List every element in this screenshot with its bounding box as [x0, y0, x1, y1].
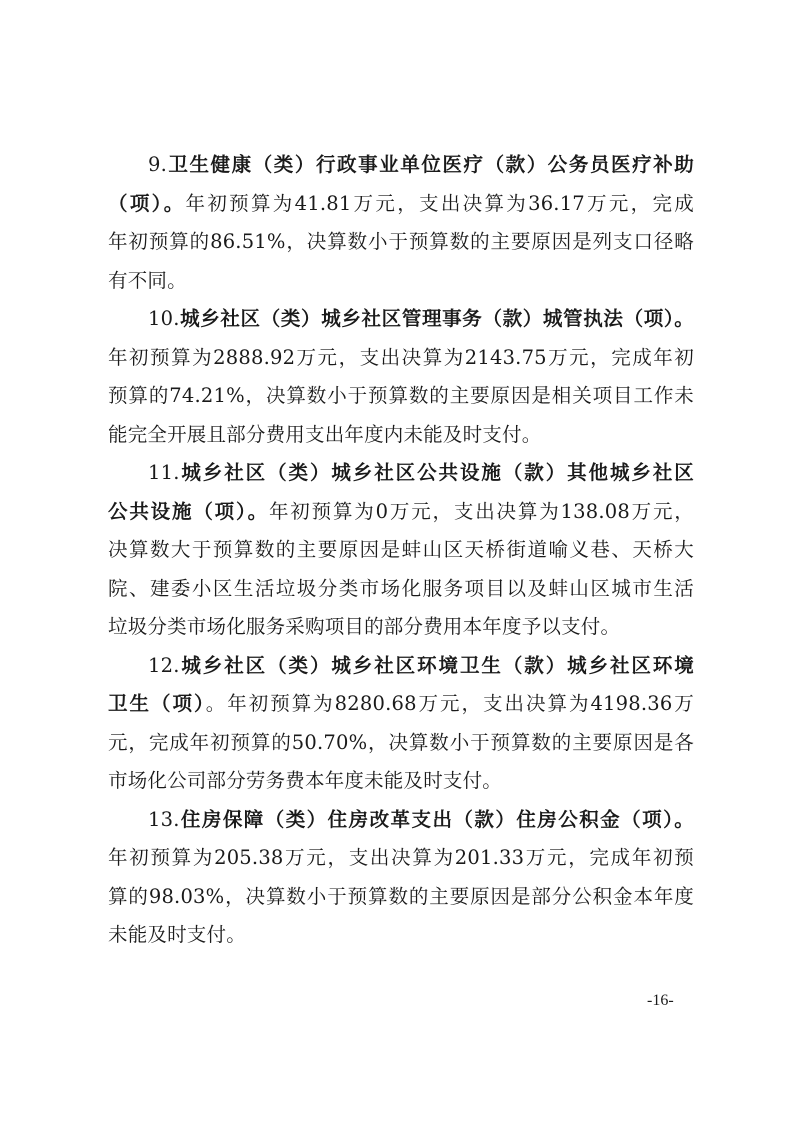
document-page: 9.卫生健康（类）行政事业单位医疗（款）公务员医疗补助 （项）。年初预算为41.… [108, 146, 694, 955]
paragraph-line: 能完全开展且部分费用支出年度内未能及时支付。 [108, 416, 694, 455]
paragraph-line: 年初预算为205.38万元，支出决算为201.33万元，完成年初预 [108, 839, 694, 878]
paragraph-line: 13.住房保障（类）住房改革支出（款）住房公积金（项）。 [108, 801, 694, 840]
paragraph-line: 预算的74.21%，决算数小于预算数的主要原因是相关项目工作未 [108, 377, 694, 416]
item-heading: 住房保障（类）住房改革支出（款）住房公积金（项）。 [180, 808, 694, 831]
paragraph-line: 年初预算为2888.92万元，支出决算为2143.75万元，完成年初 [108, 339, 694, 378]
item-heading: 卫生（项） [108, 692, 206, 715]
item-body: 年初预算为0万元，支出决算为138.08万元， [269, 500, 694, 523]
item-heading: 公共设施（项）。 [108, 500, 269, 523]
item-body: 未能及时支付。 [108, 923, 246, 946]
page-number: -16- [647, 992, 674, 1010]
item-body: 算的98.03%，决算数小于预算数的主要原因是部分公积金本年度 [108, 885, 694, 908]
item-body: 市场化公司部分劳务费本年度未能及时支付。 [108, 769, 502, 792]
paragraph-line: 公共设施（项）。年初预算为0万元，支出决算为138.08万元， [108, 493, 694, 532]
paragraph-line: 10.城乡社区（类）城乡社区管理事务（款）城管执法（项）。 [108, 300, 694, 339]
paragraph-item-9: 9.卫生健康（类）行政事业单位医疗（款）公务员医疗补助 （项）。年初预算为41.… [108, 146, 694, 300]
item-heading: 城乡社区（类）城乡社区公共设施（款）其他城乡社区 [180, 461, 694, 484]
item-number: 11. [148, 461, 180, 484]
item-body: 预算的74.21%，决算数小于预算数的主要原因是相关项目工作未 [108, 384, 694, 407]
paragraph-line: 12.城乡社区（类）城乡社区环境卫生（款）城乡社区环境 [108, 647, 694, 686]
item-number: 12. [148, 654, 180, 677]
paragraph-line: （项）。年初预算为41.81万元，支出决算为36.17万元，完成 [108, 185, 694, 224]
item-body: 垃圾分类市场化服务采购项目的部分费用本年度予以支付。 [108, 615, 620, 638]
paragraph-line: 11.城乡社区（类）城乡社区公共设施（款）其他城乡社区 [108, 454, 694, 493]
paragraph-line: 垃圾分类市场化服务采购项目的部分费用本年度予以支付。 [108, 608, 694, 647]
item-heading: （项）。 [108, 192, 186, 215]
paragraph-line: 元，完成年初预算的50.70%，决算数小于预算数的主要原因是各 [108, 724, 694, 763]
item-number: 13. [148, 808, 180, 831]
paragraph-item-10: 10.城乡社区（类）城乡社区管理事务（款）城管执法（项）。 年初预算为2888.… [108, 300, 694, 454]
paragraph-line: 未能及时支付。 [108, 916, 694, 955]
item-body: 年初预算为205.38万元，支出决算为201.33万元，完成年初预 [108, 846, 694, 869]
item-heading: 卫生健康（类）行政事业单位医疗（款）公务员医疗补助 [167, 153, 694, 176]
item-body: 院、建委小区生活垃圾分类市场化服务项目以及蚌山区城市生活 [108, 577, 694, 600]
paragraph-line: 9.卫生健康（类）行政事业单位医疗（款）公务员医疗补助 [108, 146, 694, 185]
item-body: 年初预算为2888.92万元，支出决算为2143.75万元，完成年初 [108, 346, 694, 369]
paragraph-line: 院、建委小区生活垃圾分类市场化服务项目以及蚌山区城市生活 [108, 570, 694, 609]
item-body: 年初预算的86.51%，决算数小于预算数的主要原因是列支口径略 [108, 230, 694, 253]
item-body: 有不同。 [108, 269, 187, 292]
item-body: 年初预算为41.81万元，支出决算为36.17万元，完成 [186, 192, 694, 215]
item-body: 元，完成年初预算的50.70%，决算数小于预算数的主要原因是各 [108, 731, 694, 754]
paragraph-line: 年初预算的86.51%，决算数小于预算数的主要原因是列支口径略 [108, 223, 694, 262]
item-number: 10. [148, 307, 180, 330]
item-body: 。年初预算为8280.68万元，支出决算为4198.36万 [206, 692, 694, 715]
paragraph-item-12: 12.城乡社区（类）城乡社区环境卫生（款）城乡社区环境 卫生（项）。年初预算为8… [108, 647, 694, 801]
item-body: 能完全开展且部分费用支出年度内未能及时支付。 [108, 423, 541, 446]
paragraph-item-11: 11.城乡社区（类）城乡社区公共设施（款）其他城乡社区 公共设施（项）。年初预算… [108, 454, 694, 647]
item-body: 决算数大于预算数的主要原因是蚌山区天桥街道喻义巷、天桥大 [108, 538, 694, 561]
paragraph-line: 卫生（项）。年初预算为8280.68万元，支出决算为4198.36万 [108, 685, 694, 724]
item-heading: 城乡社区（类）城乡社区管理事务（款）城管执法（项）。 [180, 307, 694, 330]
paragraph-line: 算的98.03%，决算数小于预算数的主要原因是部分公积金本年度 [108, 878, 694, 917]
paragraph-line: 市场化公司部分劳务费本年度未能及时支付。 [108, 762, 694, 801]
paragraph-item-13: 13.住房保障（类）住房改革支出（款）住房公积金（项）。 年初预算为205.38… [108, 801, 694, 955]
paragraph-line: 有不同。 [108, 262, 694, 301]
paragraph-line: 决算数大于预算数的主要原因是蚌山区天桥街道喻义巷、天桥大 [108, 531, 694, 570]
item-heading: 城乡社区（类）城乡社区环境卫生（款）城乡社区环境 [180, 654, 694, 677]
item-number: 9. [148, 153, 167, 176]
